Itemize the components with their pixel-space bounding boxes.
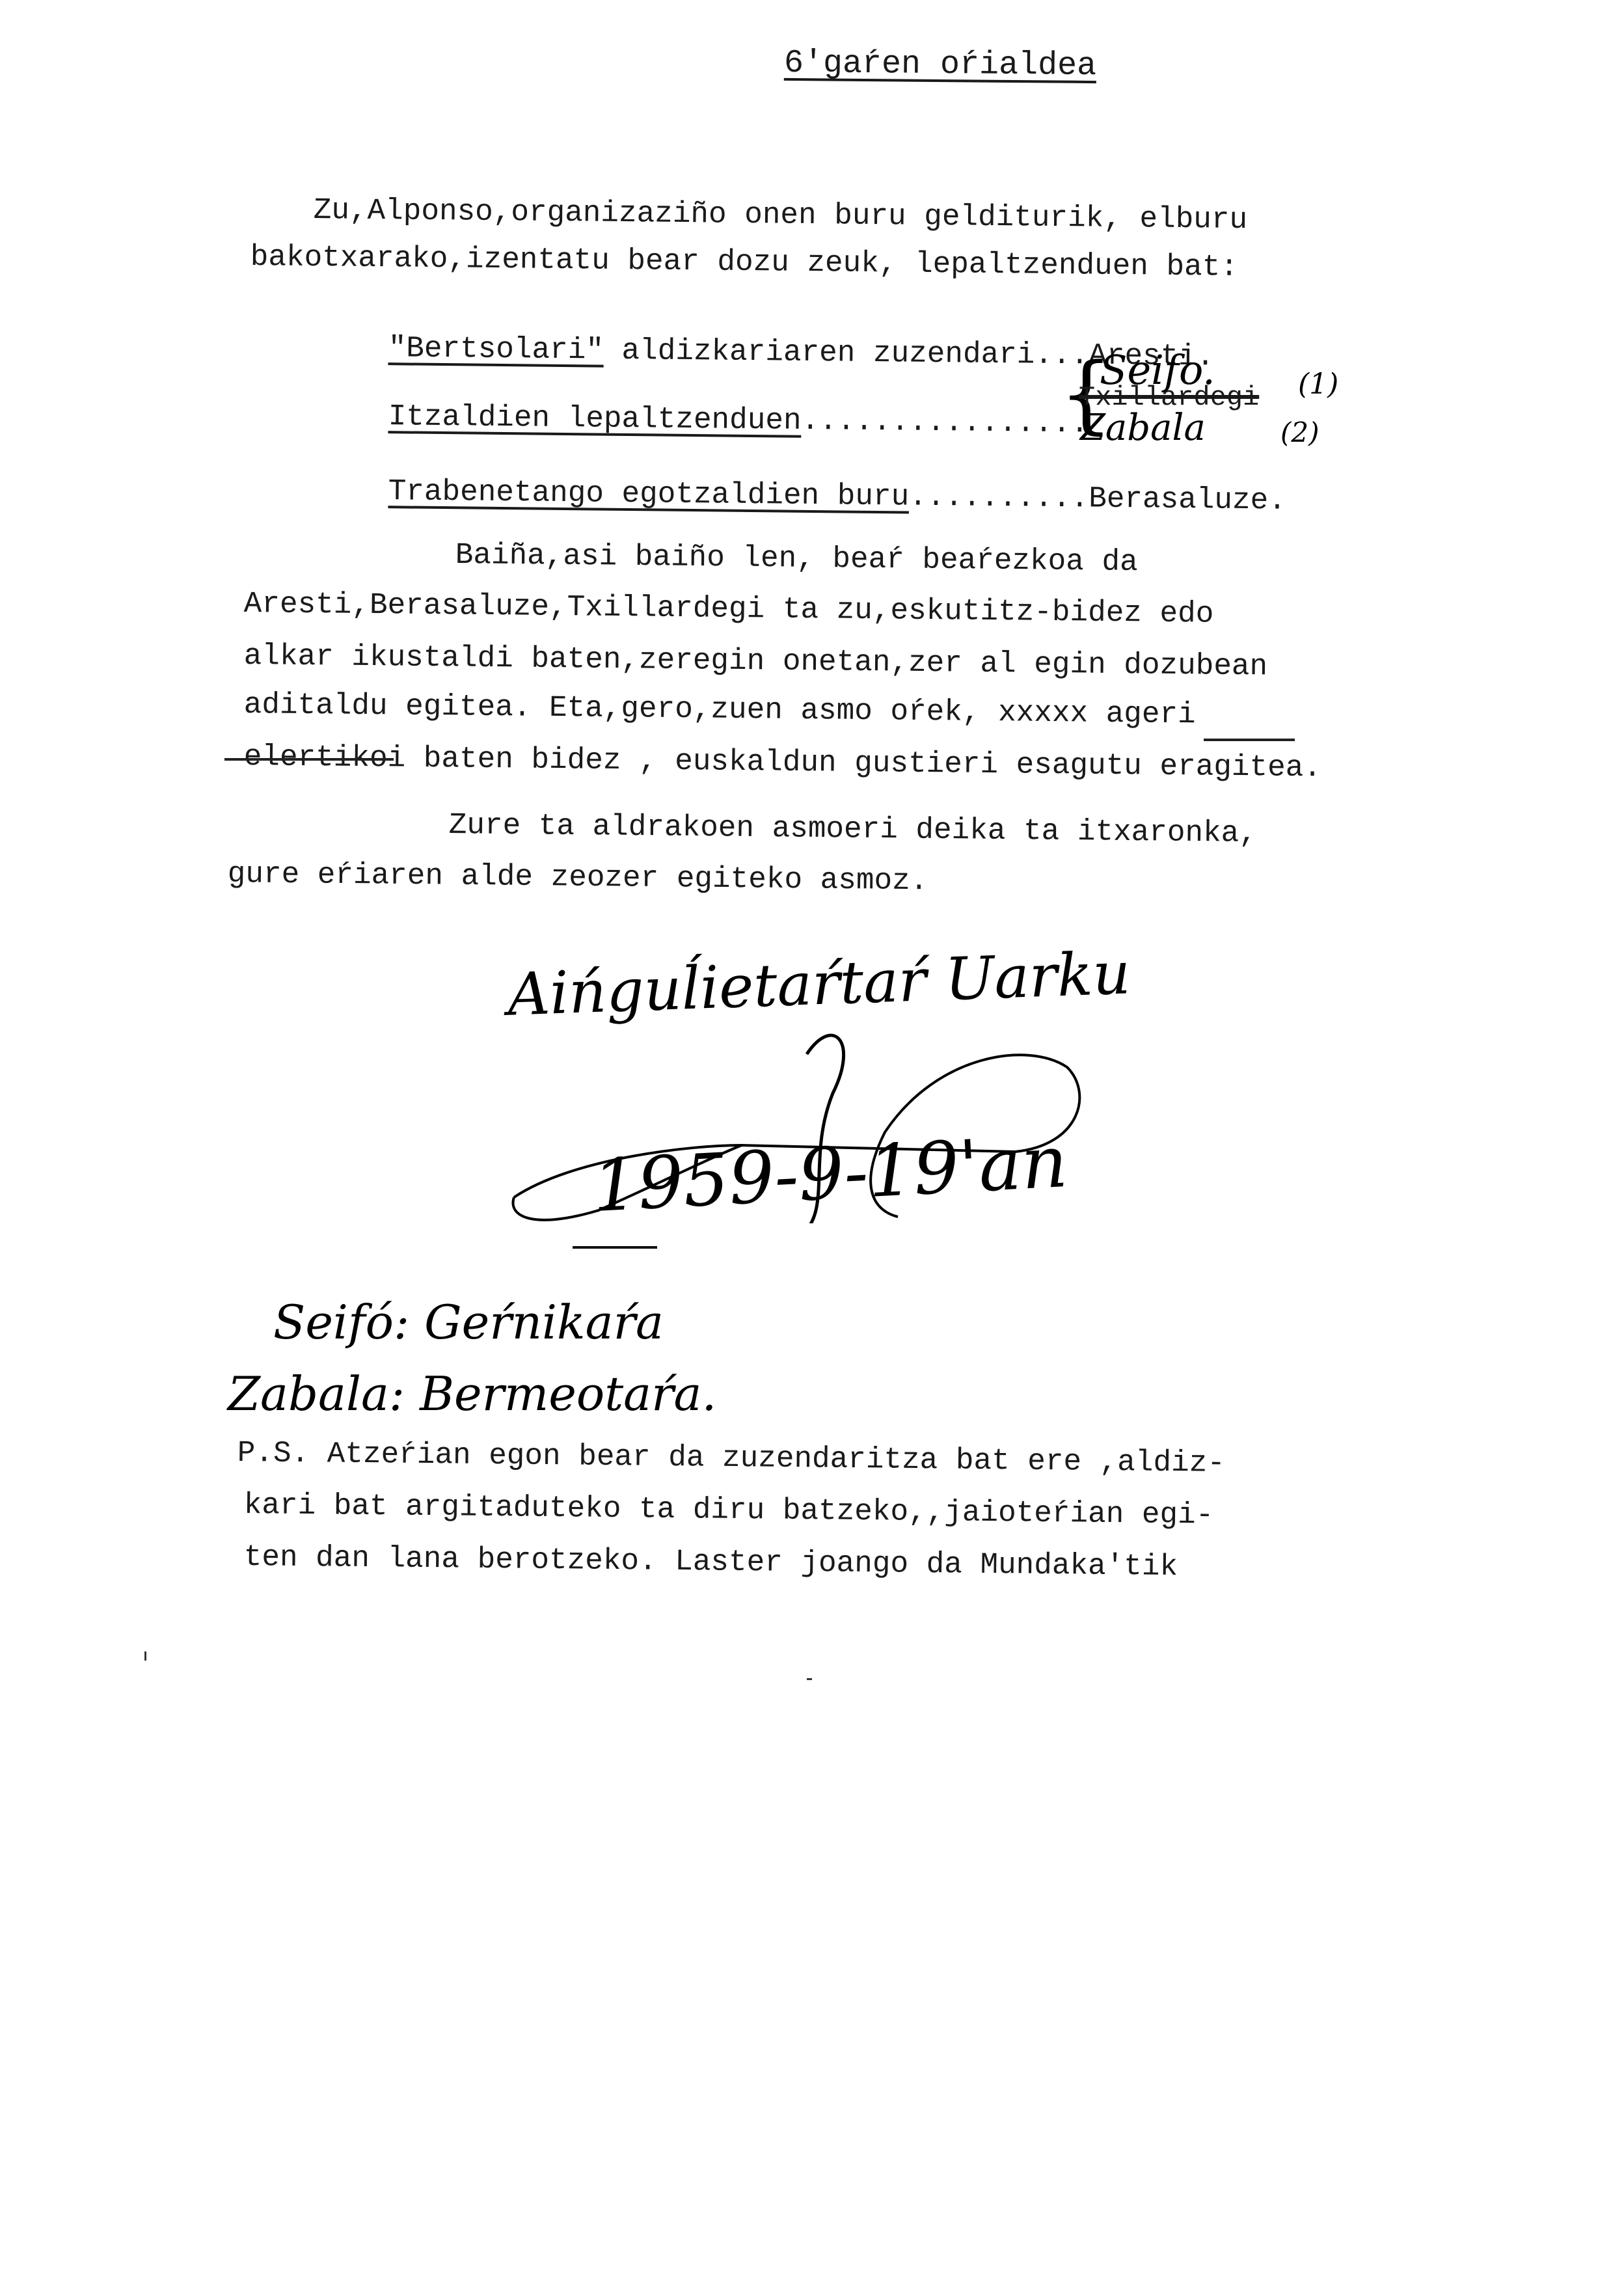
postscript-line-2: kari bat argitaduteko ta diru batzeko,,j… (244, 1490, 1214, 1530)
appointment-role: "Bertsolari" (388, 331, 604, 367)
handwritten-appointee-2: Zabala (1080, 407, 1206, 449)
paragraph-3-line-2: gure eŕiaren alde zeozer egiteko asmoz. (228, 859, 928, 896)
letter-page: 6'gaŕen oŕialdea Zu,Alponso,organizaziño… (0, 0, 1624, 2282)
page-title: 6'gaŕen oŕialdea (784, 48, 1096, 83)
scan-speck (807, 1678, 812, 1680)
paragraph-2-line-2: Aresti,Berasaluze,Txillardegi ta zu,esku… (244, 589, 1214, 629)
postscript-line-3: ten dan lana berotzeko. Laster joango da… (244, 1542, 1178, 1582)
leader-dots: ................ (801, 404, 1089, 441)
paragraph-2-line-3: alkar ikustaldi baten,zeregin onetan,zer… (244, 641, 1268, 681)
postscript-line-1: P.S. Atzeŕian egon bear da zuzendaritza … (237, 1438, 1226, 1478)
paragraph-2-line-5: elertikoi baten bidez , euskaldun gustie… (244, 742, 1322, 783)
handwritten-note-1: Seifó: Geŕnikaŕa (273, 1295, 664, 1350)
handwritten-appointee-1: Seifo. (1100, 346, 1215, 394)
footnote-marker-1: (1) (1298, 368, 1338, 401)
appointment-role-rest: aldizkariaren zuzendari (604, 334, 1035, 372)
appointment-row-3: Trabenetango egotzaldien buru..........B… (316, 446, 1287, 546)
appointment-role: Trabenetango egotzaldien buru (388, 474, 909, 513)
scan-speck (144, 1651, 146, 1661)
paragraph-2-line-4: aditaldu egitea. Eta,gero,zuen asmo oŕek… (244, 690, 1196, 729)
intro-line-2: bakotxarako,izentatu bear dozu zeuk, lep… (250, 242, 1239, 282)
leader-dots: .......... (909, 480, 1089, 516)
date-underline (573, 1246, 657, 1249)
appointment-role: Itzaldien lepaltzenduen (388, 400, 801, 438)
paragraph-2-line-1: Baiña,asi baiño len, beaŕ beaŕezkoa da (455, 540, 1138, 577)
handwritten-note-2: Zabala: Bermeotaŕa. (228, 1366, 716, 1421)
appointee-name: Berasaluze. (1089, 482, 1286, 517)
intro-line-1: Zu,Alponso,organizaziño onen buru geldit… (314, 195, 1248, 235)
paragraph-3-line-1: Zure ta aldrakoen asmoeri deika ta itxar… (449, 810, 1258, 849)
underline-elertikoi (224, 758, 394, 761)
footnote-marker-2: (2) (1280, 416, 1319, 448)
underline-ageri (1204, 739, 1295, 741)
